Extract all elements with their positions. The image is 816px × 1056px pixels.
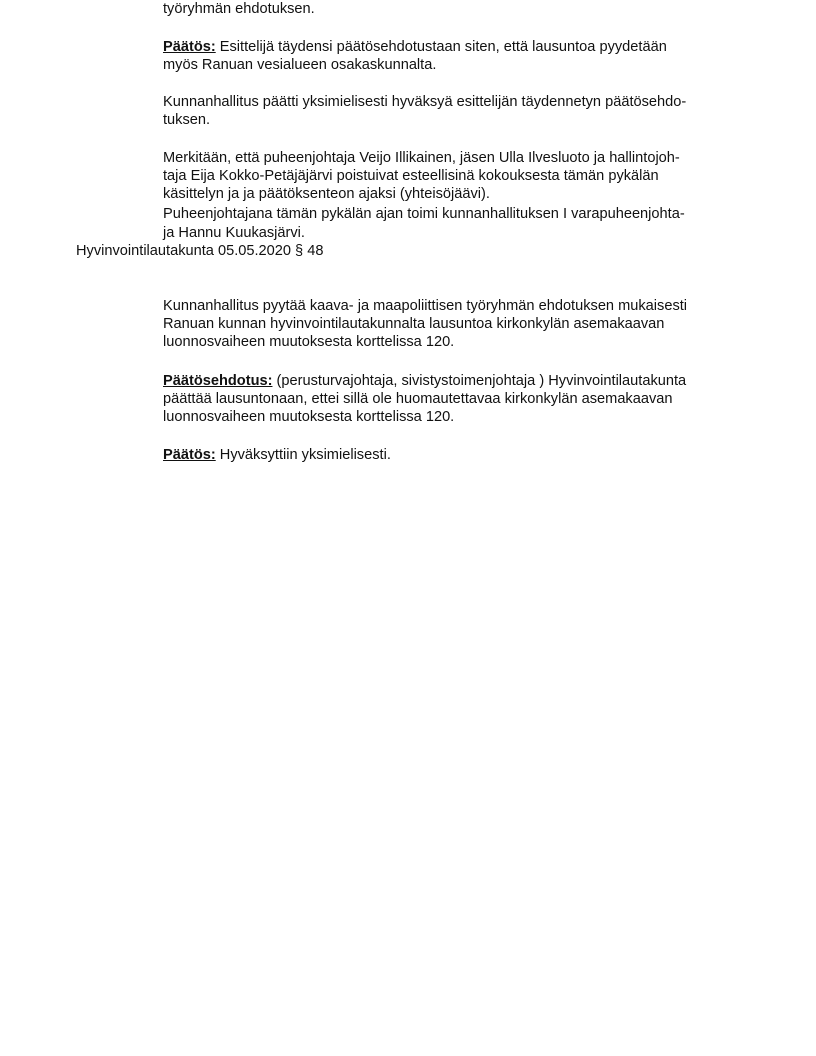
section-heading: Hyvinvointilautakunta 05.05.2020 § 48 xyxy=(76,242,323,260)
request-line1: Kunnanhallitus pyytää kaava- ja maapolii… xyxy=(163,297,687,315)
request-line2: Ranuan kunnan hyvinvointilautakunnalta l… xyxy=(163,315,664,333)
decision-text: Esittelijä täydensi päätösehdotustaan si… xyxy=(216,39,667,55)
note-line1: Merkitään, että puheenjohtaja Veijo Illi… xyxy=(163,149,680,167)
decision-text-line2: myös Ranuan vesialueen osakaskunnalta. xyxy=(163,56,436,74)
proposal-label: Päätösehdotus: xyxy=(163,373,272,389)
proposal-text: (perusturvajohtaja, sivistystoimenjohtaj… xyxy=(272,373,686,389)
final-decision-label: Päätös: xyxy=(163,447,216,463)
proposal-line2: päättää lausuntonaan, ettei sillä ole hu… xyxy=(163,390,673,408)
final-decision: Päätös: Hyväksyttiin yksimielisesti. xyxy=(163,446,391,464)
request-line3: luonnosvaiheen muutoksesta korttelissa 1… xyxy=(163,333,454,351)
proposal-paragraph: Päätösehdotus: (perusturvajohtaja, sivis… xyxy=(163,372,686,390)
final-decision-text: Hyväksyttiin yksimielisesti. xyxy=(216,447,391,463)
note-line2: taja Eija Kokko-Petäjäjärvi poistuivat e… xyxy=(163,167,659,185)
approval-line1: Kunnanhallitus päätti yksimielisesti hyv… xyxy=(163,93,686,111)
proposal-line3: luonnosvaiheen muutoksesta korttelissa 1… xyxy=(163,408,454,426)
note-line3: käsittelyn ja ja päätöksenteon ajaksi (y… xyxy=(163,185,490,203)
approval-line2: tuksen. xyxy=(163,111,210,129)
note-line4: Puheenjohtajana tämän pykälän ajan toimi… xyxy=(163,205,685,223)
note-line5: ja Hannu Kuukasjärvi. xyxy=(163,224,305,242)
decision-paragraph: Päätös: Esittelijä täydensi päätösehdotu… xyxy=(163,38,667,56)
intro-tail: työryhmän ehdotuksen. xyxy=(163,0,315,18)
decision-label: Päätös: xyxy=(163,39,216,55)
